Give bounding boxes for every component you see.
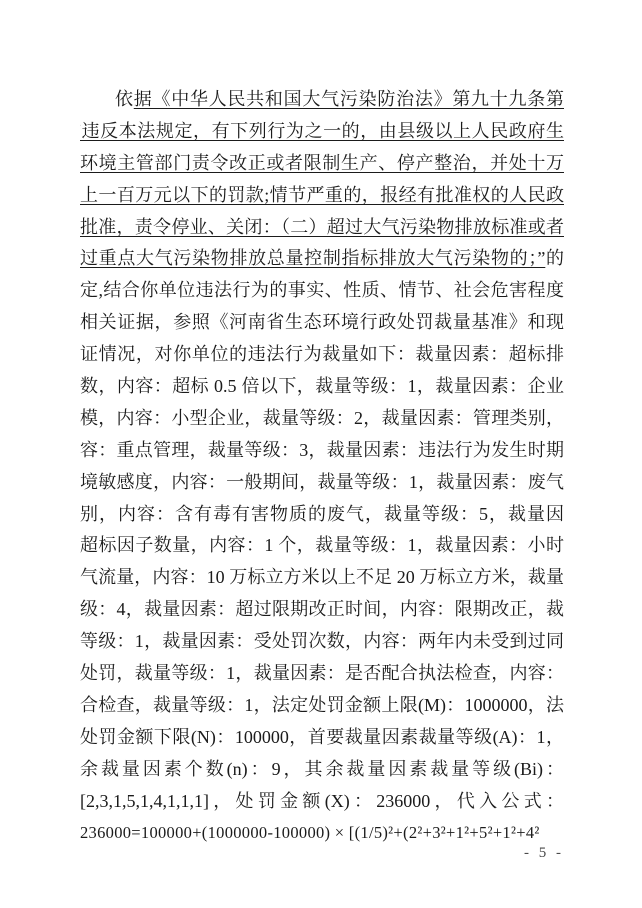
text-line: 依据《中华人民共和国大气污染防治法》第九十九条第二项	[80, 84, 564, 116]
plain-text: 处罚金额下限(N)：100000，首要裁量因素裁量等级(A)：1，其	[80, 727, 564, 754]
underlined-text: 过重点大气污染物排放总量控制指标排放大气污染物的；”	[80, 248, 545, 268]
text-line: 模，内容：小型企业，裁量等级：2，裁量因素：管理类别，内	[80, 403, 564, 435]
plain-text: 236000=100000+(1000000-100000) × [(1/5)²…	[80, 823, 540, 842]
page-number: - 5 -	[80, 844, 564, 862]
text-line: 余裁量因素个数(n)：9，其余裁量因素裁量等级(Bi)：	[80, 754, 564, 786]
text-line: 合检查，裁量等级：1，法定处罚金额上限(M)：1000000，法定	[80, 690, 564, 722]
plain-text: 级：4，裁量因素：超过限期改正时间，内容：限期改正，裁量	[80, 599, 564, 626]
text-line: 过重点大气污染物排放总量控制指标排放大气污染物的；”的规	[80, 243, 564, 275]
text-line: 等级：1，裁量因素：受处罚次数，内容：两年内未受到过同类	[80, 626, 564, 658]
text-line: 处罚金额下限(N)：100000，首要裁量因素裁量等级(A)：1，其	[80, 722, 564, 754]
plain-text: 容：重点管理，裁量等级：3，裁量因素：违法行为发生时期环	[80, 440, 564, 467]
plain-text: 气流量，内容：10 万标立方米以上不足 20 万标立方米，裁量等	[80, 567, 564, 594]
plain-text: 合检查，裁量等级：1，法定处罚金额上限(M)：1000000，法定	[80, 695, 564, 722]
text-line: 超标因子数量，内容：1 个，裁量等级：1，裁量因素：小时烟	[80, 530, 564, 562]
underlined-text: 上一百万元以下的罚款;情节严重的，报经有批准权的人民政府	[80, 185, 564, 212]
plain-text: 余裁量因素个数(n)：9，其余裁量因素裁量等级(Bi)：	[80, 759, 564, 779]
text-line: 证情况，对你单位的违法行为裁量如下：裁量因素：超标排放倍	[80, 339, 564, 371]
plain-text: 定,结合你单位违法行为的事实、性质、情节、社会危害程度和	[80, 280, 564, 307]
text-line: 环境主管部门责令改正或者限制生产、停产整治，并处十万元以	[80, 148, 564, 180]
text-line: 气流量，内容：10 万标立方米以上不足 20 万标立方米，裁量等	[80, 562, 564, 594]
plain-text: 相关证据，参照《河南省生态环境行政处罚裁量基准》和现场取	[80, 312, 564, 339]
text-line: 容：重点管理，裁量等级：3，裁量因素：违法行为发生时期环	[80, 435, 564, 467]
plain-text: 别，内容：含有毒有害物质的废气，裁量等级：5，裁量因素：	[80, 504, 564, 531]
document-body: 依据《中华人民共和国大气污染防治法》第九十九条第二项“违反本法规定，有下列行为之…	[80, 84, 564, 849]
plain-text: 等级：1，裁量因素：受处罚次数，内容：两年内未受到过同类	[80, 631, 564, 658]
text-line: [2,3,1,5,1,4,1,1,1]，处罚金额(X)：236000，代入公式：	[80, 786, 564, 818]
plain-text: 超标因子数量，内容：1 个，裁量等级：1，裁量因素：小时烟	[80, 535, 564, 562]
plain-text: 数，内容：超标 0.5 倍以下，裁量等级：1，裁量因素：企业规	[80, 376, 564, 403]
underlined-text: 批准，责令停业、关闭：（二）超过大气污染物排放标准或者超	[80, 217, 564, 244]
text-line: “违反本法规定，有下列行为之一的，由县级以上人民政府生态	[80, 116, 564, 148]
text-line: 定,结合你单位违法行为的事实、性质、情节、社会危害程度和	[80, 275, 564, 307]
text-line: 相关证据，参照《河南省生态环境行政处罚裁量基准》和现场取	[80, 307, 564, 339]
underlined-text: “违反本法规定，有下列行为之一的，由县级以上人民政府生态	[80, 121, 564, 148]
plain-text: 模，内容：小型企业，裁量等级：2，裁量因素：管理类别，内	[80, 408, 564, 435]
text-line: 上一百万元以下的罚款;情节严重的，报经有批准权的人民政府	[80, 180, 564, 212]
text-line: 批准，责令停业、关闭：（二）超过大气污染物排放标准或者超	[80, 212, 564, 244]
plain-text: 依	[115, 89, 134, 109]
text-line: 境敏感度，内容：一般期间，裁量等级：1，裁量因素：废气类	[80, 467, 564, 499]
underlined-text: 据《中华人民共和国大气污染防治法》第九十九条第二项	[80, 89, 564, 116]
plain-text: 证情况，对你单位的违法行为裁量如下：裁量因素：超标排放倍	[80, 344, 564, 371]
plain-text: [2,3,1,5,1,4,1,1,1]，处罚金额(X)：236000，代入公式：	[80, 791, 564, 811]
text-line: 级：4，裁量因素：超过限期改正时间，内容：限期改正，裁量	[80, 594, 564, 626]
plain-text: 处罚，裁量等级：1，裁量因素：是否配合执法检查，内容：配	[80, 663, 564, 690]
text-line: 别，内容：含有毒有害物质的废气，裁量等级：5，裁量因素：	[80, 499, 564, 531]
text-line: 处罚，裁量等级：1，裁量因素：是否配合执法检查，内容：配	[80, 658, 564, 690]
underlined-text: 环境主管部门责令改正或者限制生产、停产整治，并处十万元以	[80, 153, 564, 180]
plain-text: 境敏感度，内容：一般期间，裁量等级：1，裁量因素：废气类	[80, 472, 564, 499]
text-line: 数，内容：超标 0.5 倍以下，裁量等级：1，裁量因素：企业规	[80, 371, 564, 403]
